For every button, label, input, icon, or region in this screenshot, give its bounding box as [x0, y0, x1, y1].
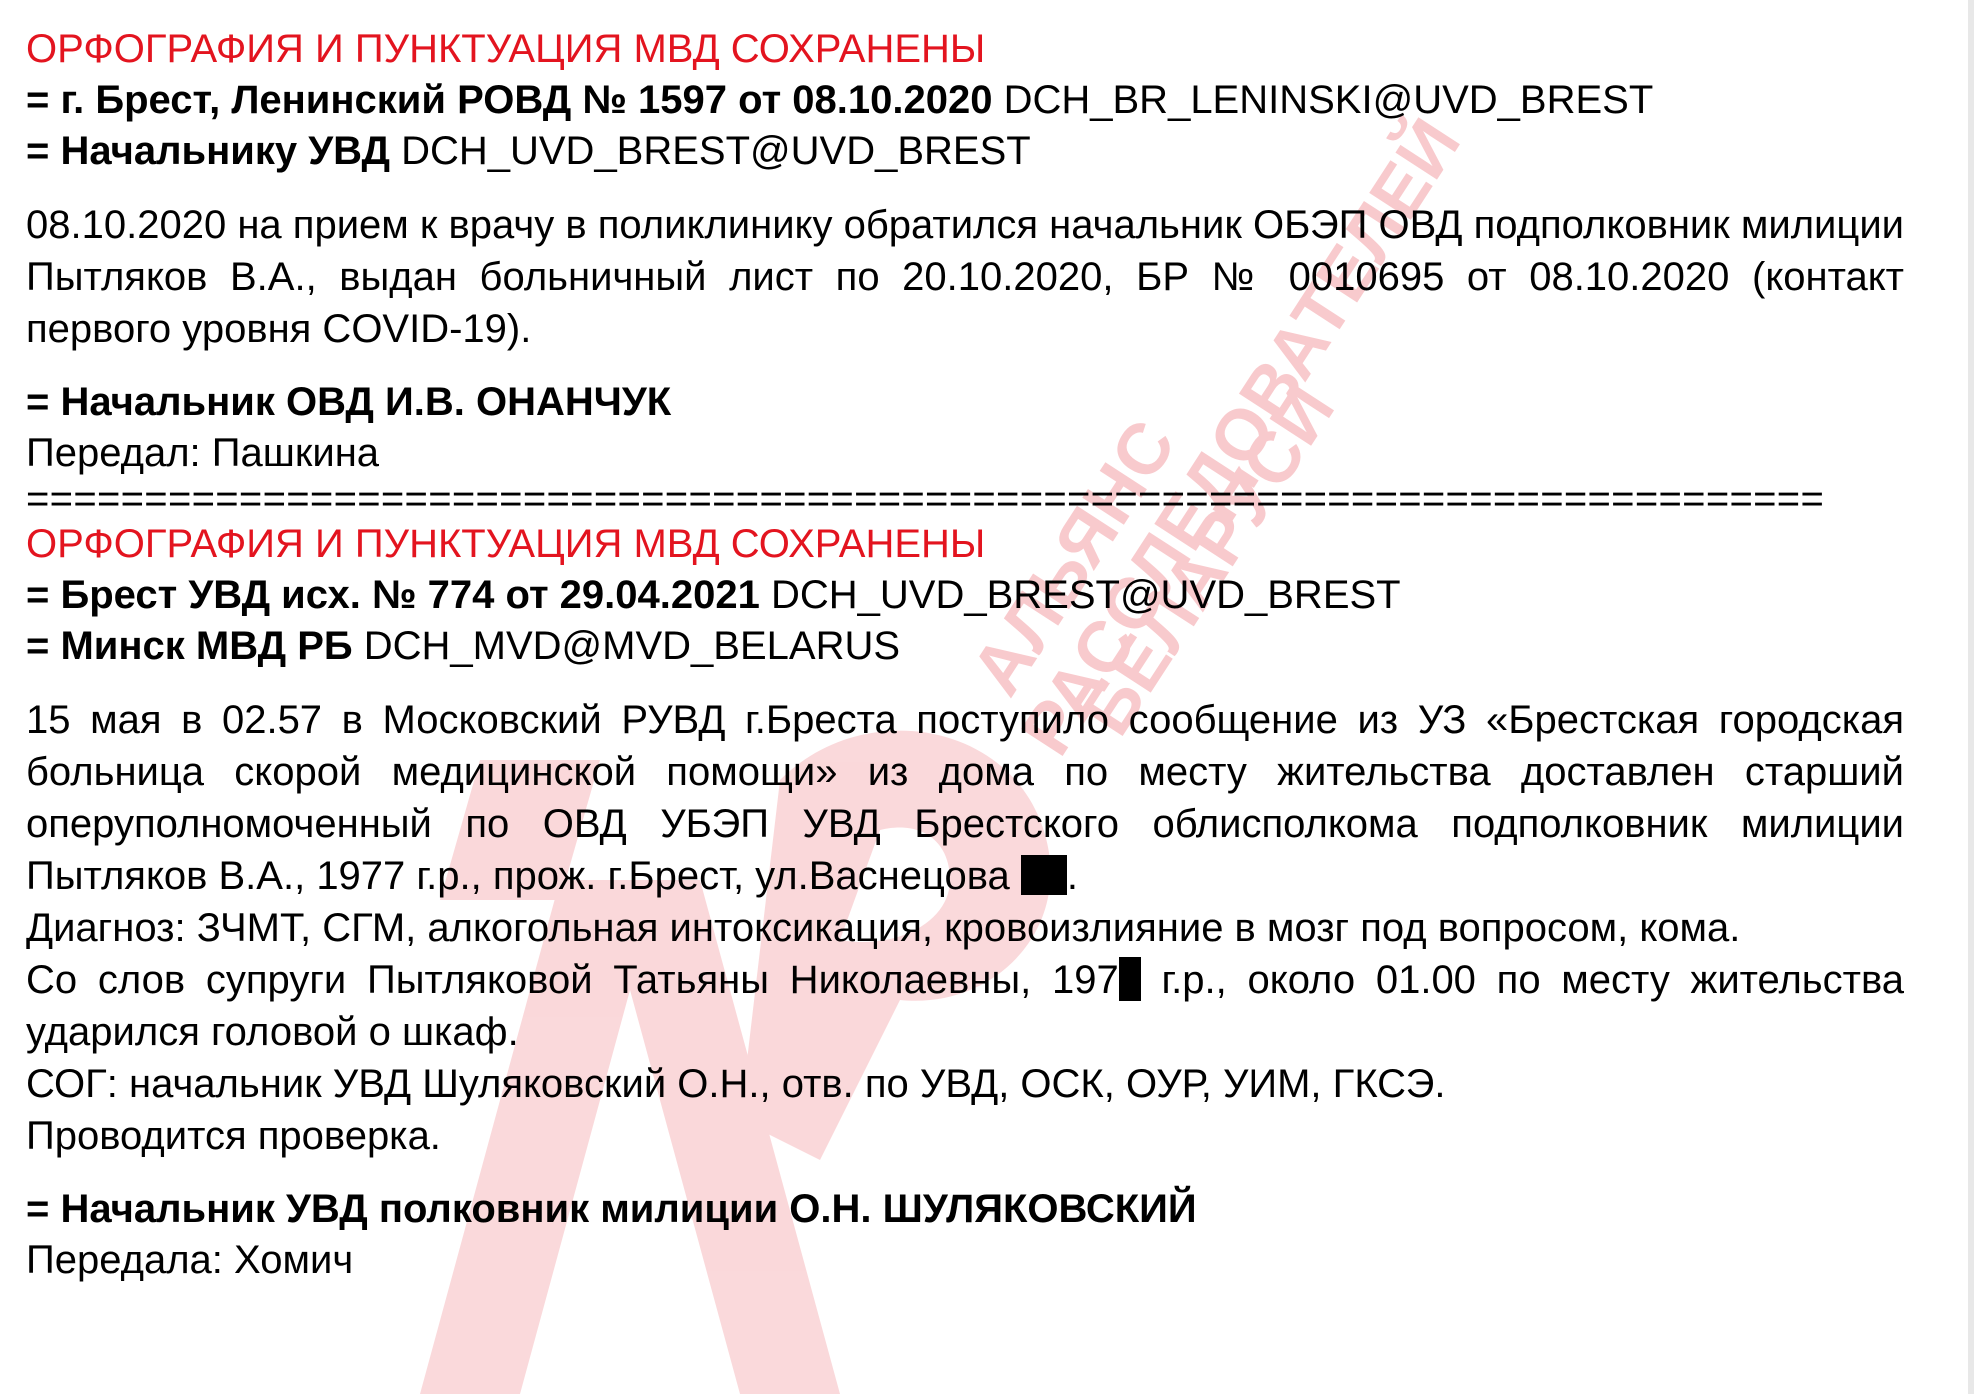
notice-2: ОРФОГРАФИЯ И ПУНКТУАЦИЯ МВД СОХРАНЕНЫ — [26, 519, 1904, 570]
redaction-birth-year — [1119, 957, 1141, 1001]
body-2-p2: Диагноз: ЗЧМТ, СГМ, алкогольная интоксик… — [26, 902, 1904, 954]
body-2-p3-text: Со слов супруги Пытляковой Татьяны Никол… — [26, 958, 1119, 1002]
to-line-1: = Начальнику УВД DCH_UVD_BREST@UVD_BREST — [26, 126, 1904, 177]
body-2-p1-end: . — [1067, 854, 1078, 898]
to-line-2: = Минск МВД РБ DCH_MVD@MVD_BELARUS — [26, 621, 1904, 672]
sender-1: Передал: Пашкина — [26, 428, 1904, 479]
body-2-p3: Со слов супруги Пытляковой Татьяны Никол… — [26, 954, 1904, 1058]
body-1: 08.10.2020 на прием к врачу в поликлиник… — [26, 199, 1904, 355]
from-header-1: = г. Брест, Ленинский РОВД № 1597 от 08.… — [26, 78, 992, 122]
to-header-1: = Начальнику УВД — [26, 129, 390, 173]
sender-2: Передала: Хомич — [26, 1235, 1904, 1286]
from-line-2: = Брест УВД исх. № 774 от 29.04.2021 DCH… — [26, 570, 1904, 621]
body-2-p4: СОГ: начальник УВД Шуляковский О.Н., отв… — [26, 1058, 1904, 1110]
message-1: ОРФОГРАФИЯ И ПУНКТУАЦИЯ МВД СОХРАНЕНЫ = … — [26, 24, 1904, 479]
document: ОРФОГРАФИЯ И ПУНКТУАЦИЯ МВД СОХРАНЕНЫ = … — [26, 24, 1904, 1286]
to-header-2: = Минск МВД РБ — [26, 624, 353, 668]
from-header-2: = Брест УВД исх. № 774 от 29.04.2021 — [26, 573, 760, 617]
redaction-address — [1021, 855, 1067, 895]
to-address-2: DCH_MVD@MVD_BELARUS — [364, 624, 900, 668]
body-2-p1: 15 мая в 02.57 в Московский РУВД г.Брест… — [26, 694, 1904, 902]
notice-1: ОРФОГРАФИЯ И ПУНКТУАЦИЯ МВД СОХРАНЕНЫ — [26, 24, 1904, 75]
from-line-1: = г. Брест, Ленинский РОВД № 1597 от 08.… — [26, 75, 1904, 126]
message-2: ОРФОГРАФИЯ И ПУНКТУАЦИЯ МВД СОХРАНЕНЫ = … — [26, 519, 1904, 1286]
signature-1: = Начальник ОВД И.В. ОНАНЧУК — [26, 377, 1904, 428]
separator: ========================================… — [26, 479, 1892, 519]
signature-2: = Начальник УВД полковник милиции О.Н. Ш… — [26, 1184, 1904, 1235]
body-2-p1-text: 15 мая в 02.57 в Московский РУВД г.Брест… — [26, 698, 1904, 898]
to-address-1: DCH_UVD_BREST@UVD_BREST — [401, 129, 1031, 173]
body-2-p5: Проводится проверка. — [26, 1110, 1904, 1162]
from-address-2: DCH_UVD_BREST@UVD_BREST — [771, 573, 1401, 617]
page-edge — [1968, 0, 1974, 1394]
from-address-1: DCH_BR_LENINSKI@UVD_BREST — [1004, 78, 1654, 122]
